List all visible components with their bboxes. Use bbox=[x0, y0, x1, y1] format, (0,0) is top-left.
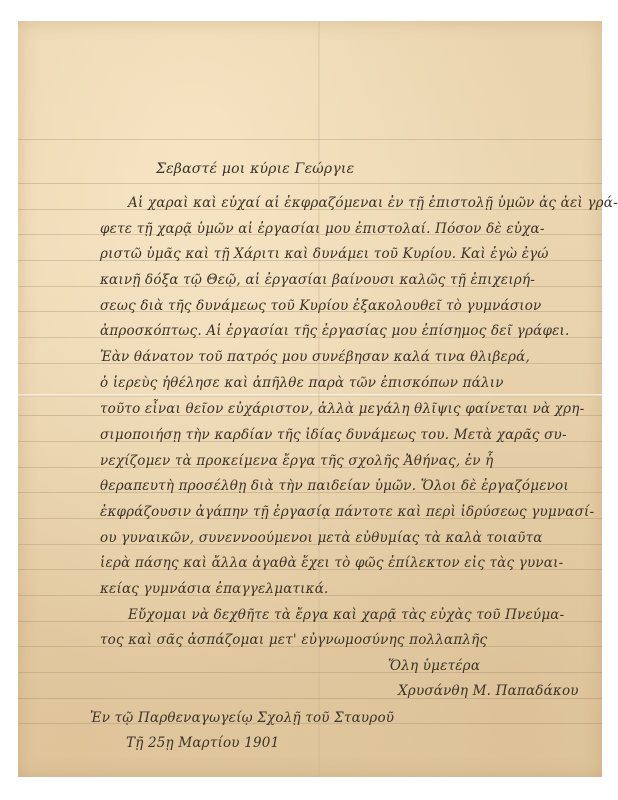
signature: Χρυσάνθη Μ. Παπαδάκου bbox=[398, 683, 579, 699]
paper-fold-vertical bbox=[318, 21, 320, 777]
paper-fold bbox=[18, 394, 602, 397]
ruled-line bbox=[18, 139, 602, 140]
body-line: φετε τῇ χαρᾷ ὑμῶν αἱ ἐργασίαι μου ἐπιστο… bbox=[100, 221, 545, 237]
body-line: τοῦτο εἶναι θεῖον εὐχάριστον, ἀλλὰ μεγάλ… bbox=[100, 401, 584, 417]
body-line: ἱερὰ πάσης καὶ ἄλλα ἀγαθὰ ἔχει τὸ φῶς ἐπ… bbox=[100, 555, 563, 571]
body-line: κείας γυμνάσια ἐπαγγελματικά. bbox=[100, 581, 329, 597]
date-line: Τῇ 25ῃ Μαρτίου 1901 bbox=[126, 735, 279, 751]
closing-line: Εὔχομαι νὰ δεχθῆτε τὰ ἔργα καὶ χαρᾷ τὰς … bbox=[128, 607, 564, 623]
closing-line: τος καὶ σᾶς ἀσπάζομαι μετ' εὐγνωμοσύνης … bbox=[100, 632, 487, 648]
body-line: σιμοποιήσῃ τὴν καρδίαν τῆς ἰδίας δυνάμεω… bbox=[100, 427, 567, 443]
body-line: ὁ ἱερεὺς ἠθέλησε καὶ ἀπῆλθε παρὰ τῶν ἐπι… bbox=[100, 375, 504, 391]
letter-page: Σεβαστέ μοι κύριε Γεώργιε Αἱ χαραὶ καὶ ε… bbox=[18, 21, 602, 777]
ruled-line bbox=[18, 183, 602, 184]
place-line: Ἐν τῷ Παρθεναγωγείῳ Σχολῇ τοῦ Σταυροῦ bbox=[90, 710, 394, 726]
salutation: Σεβαστέ μοι κύριε Γεώργιε bbox=[156, 161, 354, 177]
body-line: νεχίζομεν τὰ προκείμενα ἔργα τῆς σχολῆς … bbox=[100, 453, 493, 469]
body-line: καινῇ δόξα τῷ Θεῷ, αἱ ἐργασίαι βαίνουσι … bbox=[100, 272, 535, 288]
ruled-line bbox=[18, 672, 602, 673]
body-line: Ἐὰν θάνατον τοῦ πατρός μου συνέβησαν καλ… bbox=[100, 349, 530, 365]
body-line: ου γυναικῶν, συνεννοούμενοι μετὰ εὐθυμία… bbox=[100, 530, 543, 546]
body-line: θεραπευτὴ προσέλθῃ διὰ τὴν παιδείαν ὑμῶν… bbox=[100, 478, 569, 494]
body-line: ἀπροσκόπτως. Αἱ ἐργασίαι τῆς ἐργασίας μο… bbox=[100, 323, 570, 339]
body-line: ριστῶ ὑμᾶς καὶ τῇ Χάριτι καὶ δυνάμει τοῦ… bbox=[100, 246, 549, 262]
body-line: ἐκφράζουσιν ἀγάπην τῇ ἐργασίᾳ πάντοτε κα… bbox=[100, 504, 594, 520]
body-line: σεως διὰ τῆς δυνάμεως τοῦ Κυρίου ἐξακολο… bbox=[100, 298, 541, 314]
valediction: Ὅλη ὑμετέρα bbox=[388, 658, 480, 674]
body-line: Αἱ χαραὶ καὶ εὐχαί αἱ ἐκφραζόμεναι ἐν τῇ… bbox=[128, 195, 618, 211]
